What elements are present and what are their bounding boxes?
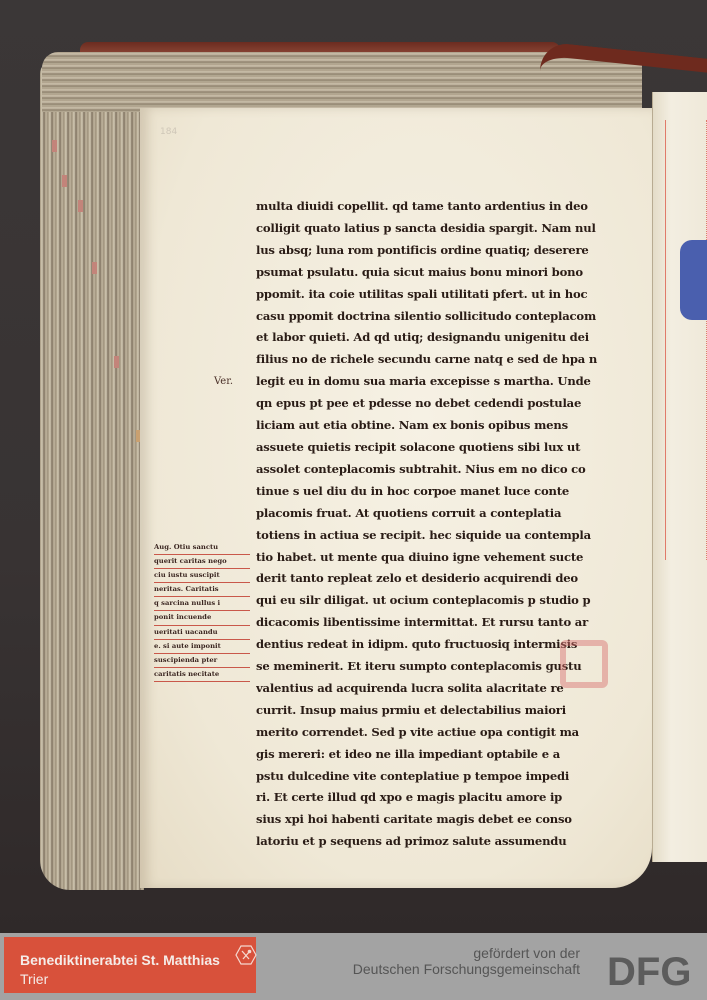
text-line: pstu dulcedine vite conteplatiue p tempo… <box>256 766 648 788</box>
text-line: tio habet. ut mente qua diuino igne vehe… <box>256 547 648 569</box>
text-line: liciam aut etia obtine. Nam ex bonis opi… <box>256 415 648 437</box>
text-line: legit eu in domu sua maria excepisse s m… <box>256 371 648 393</box>
hexagon-crossed-keys-icon <box>235 944 257 966</box>
marginal-note-line: caritatis necitate <box>154 668 250 682</box>
blue-decorated-initial <box>680 240 707 320</box>
text-line: totiens in actiua se recipit. hec siquid… <box>256 525 648 547</box>
folio-number: 184 <box>160 127 177 137</box>
page-tab-marker <box>52 140 57 152</box>
text-line: sius xpi hoi habenti caritate magis debe… <box>256 809 648 831</box>
text-line: currit. Insup maius prmiu et delectabili… <box>256 700 648 722</box>
marginal-note-line: neritas. Caritatis <box>154 583 250 597</box>
marginal-note-line: suscipienda pter <box>154 654 250 668</box>
red-penwork-flourish <box>665 120 707 560</box>
marginal-note-line: ponit incuende <box>154 611 250 625</box>
footer-bar: Benediktinerabtei St. Matthias Trier gef… <box>0 933 707 1000</box>
page-tab-marker <box>92 262 97 274</box>
manuscript-scan: 184 Ver. multa diuidi copellit. qd tame … <box>0 0 707 933</box>
institution-link[interactable]: Benediktinerabtei St. Matthias Trier <box>4 937 256 993</box>
fore-edge-page-stack <box>40 60 144 890</box>
text-line: tinue s uel diu du in hoc corpoe manet l… <box>256 481 648 503</box>
marginal-note-line: querit caritas nego <box>154 555 250 569</box>
text-line: ppomit. ita coie utilitas spali utilitat… <box>256 284 648 306</box>
text-line: placomis fruat. At quotiens corruit a co… <box>256 503 648 525</box>
marginal-note-line: q sarcina nullus i <box>154 597 250 611</box>
text-line: colligit quato latius p sancta desidia s… <box>256 218 648 240</box>
institution-name: Benediktinerabtei St. Matthias <box>20 952 220 968</box>
funder-line-1: gefördert von der <box>353 945 580 961</box>
institution-city: Trier <box>20 971 48 987</box>
marginal-note-line: ueritati uacandu <box>154 626 250 640</box>
funder-line-2: Deutschen Forschungsgemeinschaft <box>353 961 580 977</box>
text-line: derit tanto repleat zelo et desiderio ac… <box>256 568 648 590</box>
funder-credit: gefördert von der Deutschen Forschungsge… <box>353 945 580 977</box>
text-line: ri. Et certe illud qd xpo e magis placit… <box>256 787 648 809</box>
marginal-note-line: Aug. Otiu sanctu <box>154 541 250 555</box>
text-line: qui eu silr diligat. ut ocium conteplaco… <box>256 590 648 612</box>
page-tab-marker <box>62 175 67 187</box>
text-line: casu ppomit doctrina silentio sollicitud… <box>256 306 648 328</box>
text-line: lus absq; luna rom pontificis ordine qua… <box>256 240 648 262</box>
text-line: qn epus pt pee et pdesse no debet cedend… <box>256 393 648 415</box>
text-line: merito correndet. Sed p vite actiue opa … <box>256 722 648 744</box>
faded-red-initial <box>560 640 608 688</box>
main-text-block: multa diuidi copellit. qd tame tanto ard… <box>256 196 648 853</box>
page-tab-marker <box>78 200 83 212</box>
text-line: dicacomis libentissime intermittat. Et r… <box>256 612 648 634</box>
text-line: et labor quieti. Ad qd utiq; designandu … <box>256 327 648 349</box>
text-line: gis mereri: et ideo ne illa impediant op… <box>256 744 648 766</box>
text-line: latoriu et p sequens ad primoz salute as… <box>256 831 648 853</box>
text-line: multa diuidi copellit. qd tame tanto ard… <box>256 196 648 218</box>
text-line: assolet conteplacomis subtrahit. Nius em… <box>256 459 648 481</box>
text-line: psumat psulatu. quia sicut maius bonu mi… <box>256 262 648 284</box>
marginal-note-line: e. si aute imponit <box>154 640 250 654</box>
text-line: filius no de richele secundu carne natq … <box>256 349 648 371</box>
marginal-heading: Ver. <box>214 376 233 387</box>
dfg-logo[interactable]: DFG <box>607 954 691 990</box>
text-line: assuete quietis recipit solacone quotien… <box>256 437 648 459</box>
page-tab-marker <box>114 356 119 368</box>
marginal-note: Aug. Otiu sanctu querit caritas nego ciu… <box>154 541 250 682</box>
marginal-note-line: ciu iustu suscipit <box>154 569 250 583</box>
